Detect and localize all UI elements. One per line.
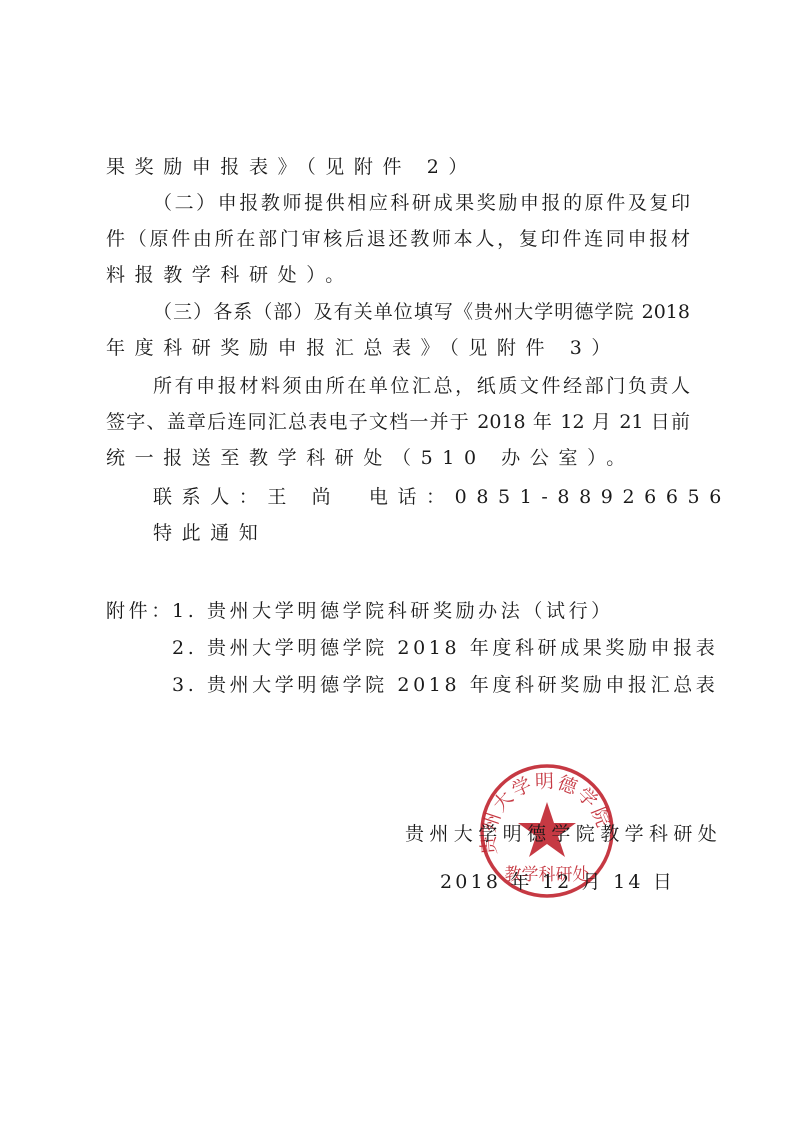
attachment-item: 3. 贵州大学明德学院 2018 年度科研奖励申报汇总表	[172, 673, 718, 697]
paragraph-line: （三）各系（部）及有关单位填写《贵州大学明德学院 2018	[153, 300, 690, 324]
issuer-name: 贵州大学明德学院教学科研处	[405, 822, 722, 846]
attachment-item: 1. 贵州大学明德学院科研奖励办法（试行）	[172, 599, 614, 623]
paragraph-line: 所有申报材料须由所在单位汇总，纸质文件经部门负责人	[153, 374, 690, 398]
paragraph-line: （二）申报教师提供相应科研成果奖励申报的原件及复印	[153, 191, 690, 215]
paragraph-line: 件（原件由所在部门审核后退还教师本人，复印件连同申报材	[106, 227, 690, 251]
paragraph-line: 果奖励申报表》（见附件 2）	[106, 155, 690, 179]
paragraph-line: 统一报送至教学科研处（510 办公室）。	[106, 446, 690, 470]
attachments-label: 附件：	[106, 599, 174, 623]
paragraph-line: 料报教学科研处）。	[106, 263, 690, 287]
contact-line: 联系人：王 尚 电话：0851-88926656	[153, 485, 690, 509]
paragraph-line: 签字、盖章后连同汇总表电子文档一并于 2018 年 12 月 21 日前	[106, 410, 690, 434]
paragraph-line: 年度科研奖励申报汇总表》（见附件 3）	[106, 336, 690, 360]
attachment-item: 2. 贵州大学明德学院 2018 年度科研成果奖励申报表	[172, 636, 718, 660]
closing-line: 特此通知	[153, 521, 690, 545]
issue-date: 2018 年 12 月 14 日	[440, 870, 675, 894]
